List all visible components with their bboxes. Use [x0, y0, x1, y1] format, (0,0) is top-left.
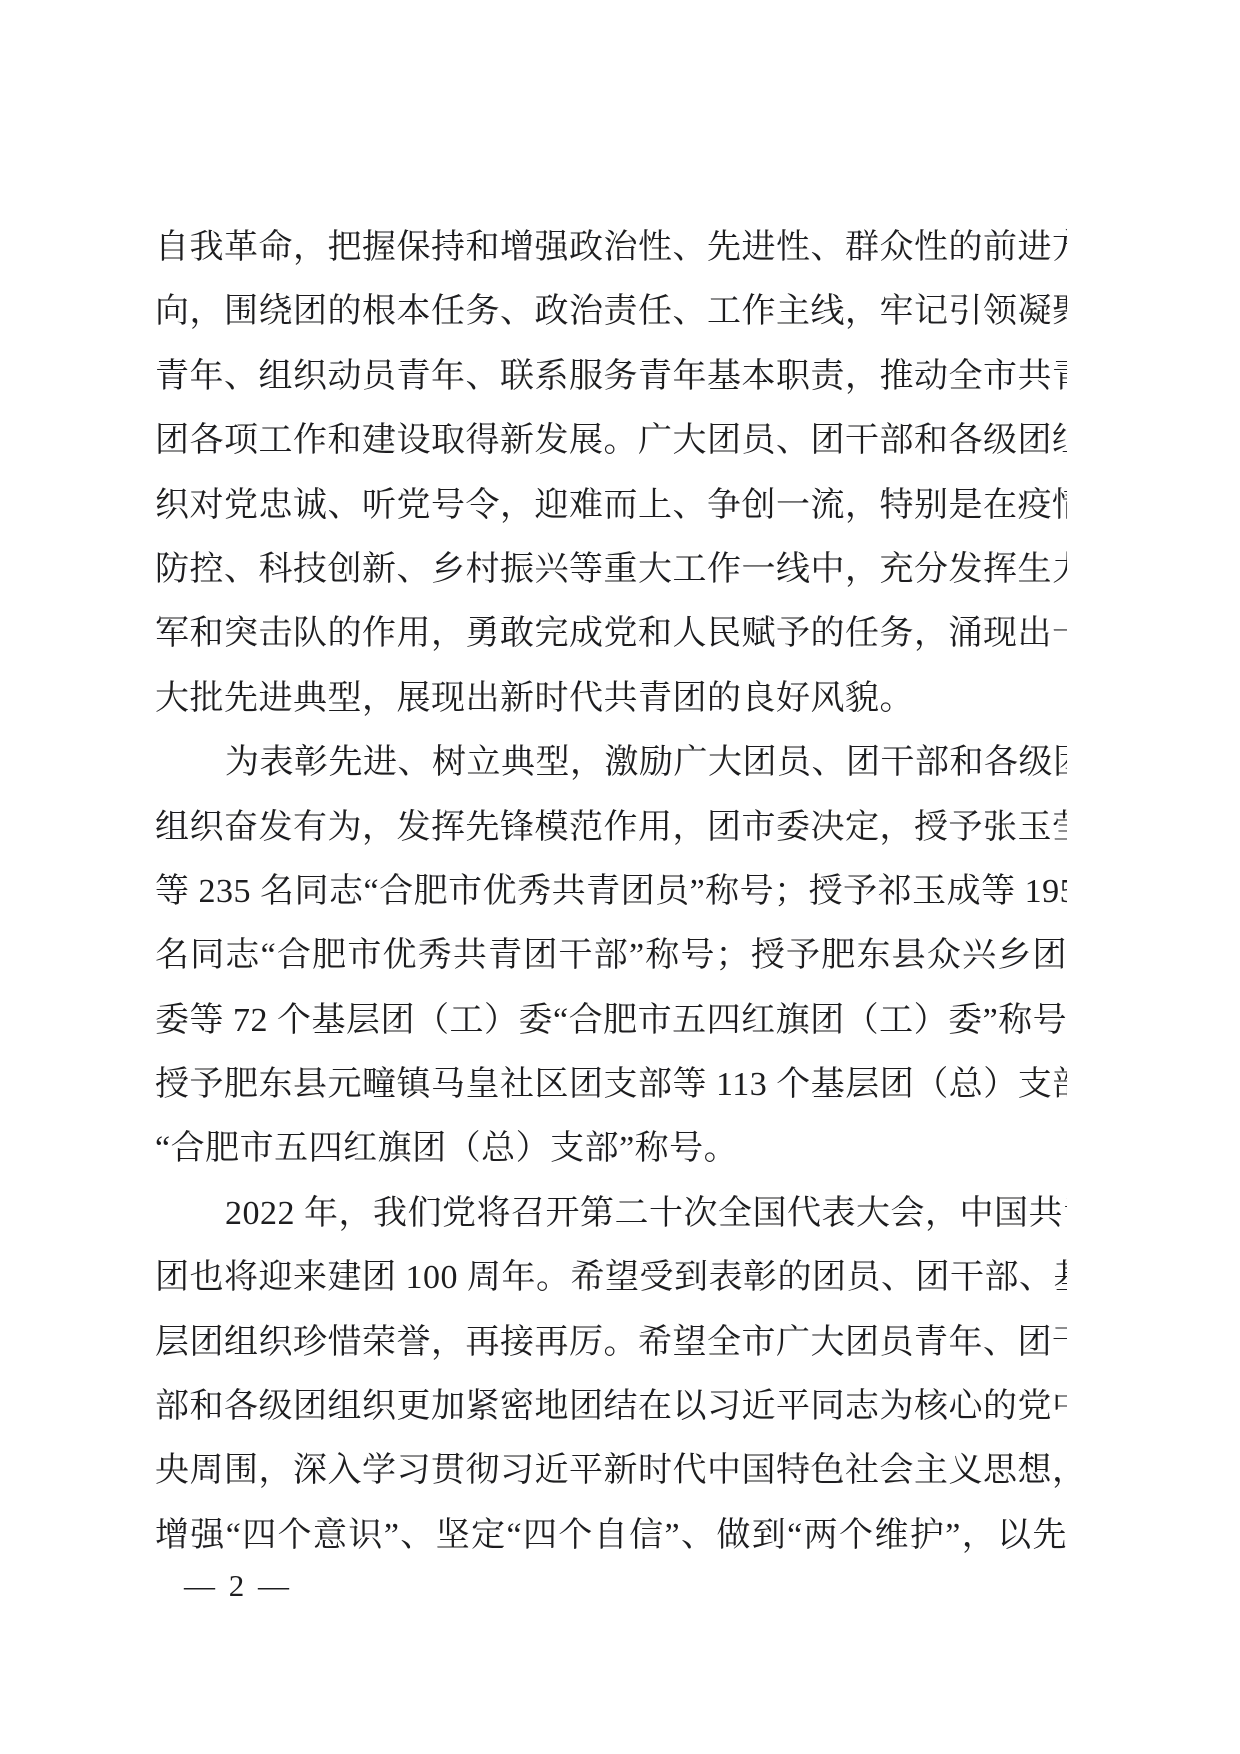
text-line: 军和突击队的作用，勇敢完成党和人民赋予的任务，涌现出一 — [155, 602, 1067, 666]
paragraph-expectation: 2022 年，我们党将召开第二十次全国代表大会，中国共青 团也将迎来建团 100… — [155, 1182, 1067, 1568]
text-line: 央周围，深入学习贯彻习近平新时代中国特色社会主义思想， — [155, 1439, 1067, 1503]
document-body: 自我革命，把握保持和增强政治性、先进性、群众性的前进方 向，围绕团的根本任务、政… — [155, 216, 1067, 1568]
text-line: 防控、科技创新、乡村振兴等重大工作一线中，充分发挥生力 — [155, 538, 1067, 602]
paragraph-commendation: 为表彰先进、树立典型，激励广大团员、团干部和各级团 组织奋发有为，发挥先锋模范作… — [155, 731, 1067, 1182]
text-line: 名同志“合肥市优秀共青团干部”称号；授予肥东县众兴乡团 — [155, 924, 1067, 988]
text-line: 层团组织珍惜荣誉，再接再厉。希望全市广大团员青年、团干 — [155, 1311, 1067, 1375]
text-line: 团各项工作和建设取得新发展。广大团员、团干部和各级团组 — [155, 409, 1067, 473]
text-line: 委等 72 个基层团（工）委“合肥市五四红旗团（工）委”称号； — [155, 989, 1067, 1053]
text-line: 向，围绕团的根本任务、政治责任、工作主线，牢记引领凝聚 — [155, 280, 1067, 344]
text-line: 为表彰先进、树立典型，激励广大团员、团干部和各级团 — [155, 731, 1067, 795]
page-number: — 2 — — [184, 1568, 292, 1604]
text-line: 团也将迎来建团 100 周年。希望受到表彰的团员、团干部、基 — [155, 1246, 1067, 1310]
text-line: 部和各级团组织更加紧密地团结在以习近平同志为核心的党中 — [155, 1375, 1067, 1439]
text-line: 大批先进典型，展现出新时代共青团的良好风貌。 — [155, 667, 1067, 731]
paragraph-continuation: 自我革命，把握保持和增强政治性、先进性、群众性的前进方 向，围绕团的根本任务、政… — [155, 216, 1067, 731]
text-line: “合肥市五四红旗团（总）支部”称号。 — [155, 1117, 1067, 1181]
text-line: 青年、组织动员青年、联系服务青年基本职责，推动全市共青 — [155, 345, 1067, 409]
text-line: 2022 年，我们党将召开第二十次全国代表大会，中国共青 — [155, 1182, 1067, 1246]
document-page: 自我革命，把握保持和增强政治性、先进性、群众性的前进方 向，围绕团的根本任务、政… — [0, 0, 1240, 1754]
text-line: 授予肥东县元疃镇马皇社区团支部等 113 个基层团（总）支部 — [155, 1053, 1067, 1117]
text-line: 组织奋发有为，发挥先锋模范作用，团市委决定，授予张玉莹 — [155, 796, 1067, 860]
text-line: 等 235 名同志“合肥市优秀共青团员”称号；授予祁玉成等 195 — [155, 860, 1067, 924]
text-line: 自我革命，把握保持和增强政治性、先进性、群众性的前进方 — [155, 216, 1067, 280]
text-line: 织对党忠诚、听党号令，迎难而上、争创一流，特别是在疫情 — [155, 474, 1067, 538]
text-line: 增强“四个意识”、坚定“四个自信”、做到“两个维护”，以先 — [155, 1504, 1067, 1568]
